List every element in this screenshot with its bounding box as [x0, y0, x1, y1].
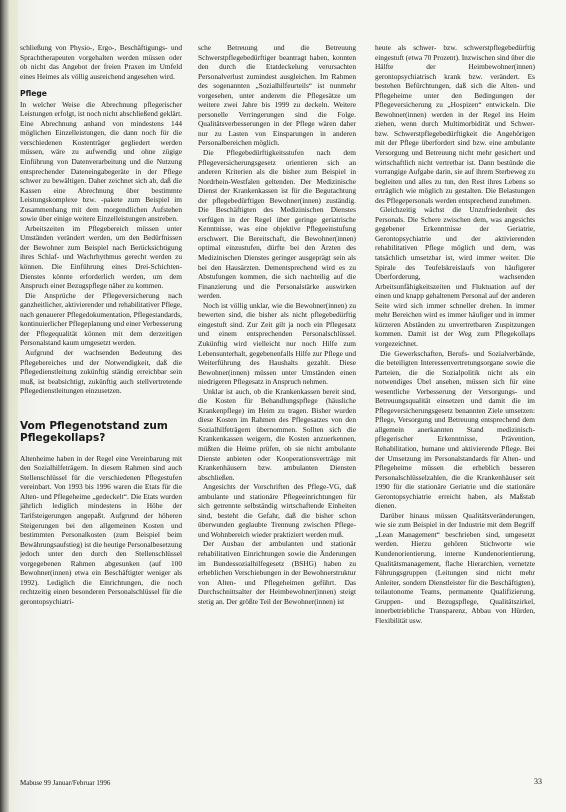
body-paragraph: Die Gewerkschaften, Berufs- und Sozialve…: [375, 349, 535, 511]
column-3: heute als schwer- bzw. schwerstpflegebed…: [375, 43, 535, 625]
subheading-pflege: Pflege: [20, 89, 182, 99]
body-paragraph: Arbeitszeiten im Pflegebereich müssen un…: [20, 224, 182, 291]
body-paragraph: heute als schwer- bzw. schwerstpflegebed…: [375, 43, 535, 205]
body-paragraph: Angesichts der Vorschriften des Pflege-V…: [198, 482, 356, 539]
body-paragraph: In welcher Weise die Abrechnung pflegeri…: [20, 100, 182, 224]
page-number: 33: [534, 777, 542, 786]
body-paragraph: Unklar ist auch, ob die Krankenkassen be…: [198, 387, 356, 482]
body-paragraph: Der Ausbau der ambulanten und stationär …: [198, 539, 356, 606]
intro-paragraph: schließung von Physio-, Ergo-, Beschäfti…: [20, 43, 182, 81]
body-paragraph: Gleichzeitig wächst die Unzufriedenheit …: [375, 205, 535, 348]
body-paragraph: Die Ansprüche der Pflegeversicherung nac…: [20, 291, 182, 348]
body-paragraph: sche Betreuung und die Betreuung Schwers…: [198, 43, 356, 148]
column-1: schließung von Physio-, Ergo-, Beschäfti…: [20, 43, 182, 606]
column-2: sche Betreuung und die Betreuung Schwers…: [198, 43, 356, 606]
section-heading: Vom Pflegenotstand zum Pflegekollaps?: [20, 420, 182, 445]
body-paragraph: Noch ist völlig unklar, wie die Bewohner…: [198, 301, 356, 387]
body-paragraph: Aufgrund der wachsenden Bedeutung des Pf…: [20, 348, 182, 396]
body-paragraph: Altenheime haben in der Regel eine Verei…: [20, 454, 182, 607]
page-binding-edge: [9, 0, 18, 812]
body-paragraph: Darüber hinaus müssen Qualitätsveränderu…: [375, 511, 535, 626]
body-paragraph: Die Pflegebedürftigkeitsstufen nach dem …: [198, 148, 356, 301]
issue-footer: Mabuse 99 Januar/Februar 1996: [20, 779, 110, 787]
